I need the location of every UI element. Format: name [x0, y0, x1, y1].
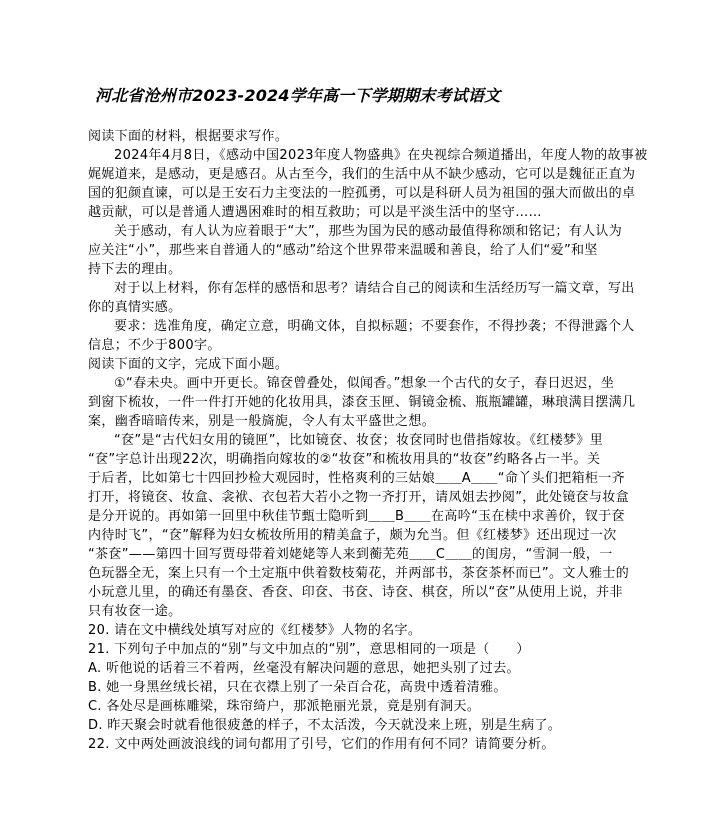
text-line: 21. 下列句子中加点的“别”与文中加点的“别”，意思相同的一项是（ ） [88, 640, 648, 659]
text-line: 22. 文中两处画波浪线的词句都用了引号，它们的作用有何不同？请简要分析。 [88, 735, 648, 754]
text-line: 阅读下面的文字，完成下面小题。 [88, 355, 648, 374]
text-line: 娓娓道来，是感动，更是感召。从古至今，我们的生活中从不缺少感动，它可以是魏征正直… [88, 165, 648, 184]
text-line: B. 她一身黑丝绒长裙，只在衣襟上别了一朵百合花，高贵中透着清雅。 [88, 678, 648, 697]
text-line: C. 各处尽是画栋雕梁，珠帘绮户，那派艳丽光景，竟是别有洞天。 [88, 697, 648, 716]
text-line: 于后者，比如第七十四回抄检大观园时，性格爽利的三姑娘＿＿A＿＿“命丫头们把箱柜一… [88, 469, 648, 488]
text-line: 你的真情实感。 [88, 298, 648, 317]
text-line: 内待时飞”，“奁”解释为妇女梳妆所用的精美盒子，颇为允当。但《红楼梦》还出现过一… [88, 526, 648, 545]
text-line: “茶奁”——第四十回写贾母带着刘姥姥等人来到蘅芜苑＿＿C＿＿的闺房，“雪洞一般，… [88, 545, 648, 564]
exam-document-page: 河北省沧州市2023-2024学年高一下学期期末考试语文 阅读下面的材料，根据要… [0, 0, 718, 825]
text-line: 阅读下面的材料，根据要求写作。 [88, 127, 648, 146]
text-line: 20. 请在文中横线处填写对应的《红楼梦》人物的名字。 [88, 621, 648, 640]
text-line: 2024年4月8日，《感动中国2023年度人物盛典》在央视综合频道播出，年度人物… [88, 146, 648, 165]
text-line: 国的犯颜直谏，可以是王安石力主变法的一腔孤勇，可以是科研人员为祖国的强大而做出的… [88, 184, 648, 203]
text-line: 对于以上材料，你有怎样的感悟和思考？请结合自己的阅读和生活经历写一篇文章，写出 [88, 279, 648, 298]
text-line: “奁”字总计出现22次，明确指向嫁妆的②“妆奁”和梳妆用具的“妆奁”约略各占一半… [88, 450, 648, 469]
text-line: A. 听他说的话着三不着两，丝毫没有解决问题的意思，她把头别了过去。 [88, 659, 648, 678]
text-line: 信息；不少于800字。 [88, 336, 648, 355]
text-line: 是分开说的。再如第一回里中秋佳节甄士隐听到＿＿B＿＿在高吟“玉在椟中求善价，钗于… [88, 507, 648, 526]
text-line: 要求：选准角度，确定立意，明确文体，自拟标题；不要套作，不得抄袭；不得泄露个人 [88, 317, 648, 336]
text-line: 打开，将镜奁、妆盒、衾袱、衣包若大若小之物一齐打开，请凤姐去抄阅”，此处镜奁与妆… [88, 488, 648, 507]
text-line: 到窗下梳妆，一件一件打开她的化妆用具，漆奁玉匣、铜镜金梳、瓶瓶罐罐，琳琅满目摆满… [88, 393, 648, 412]
text-line: 案，幽香暗暗传来，别是一般旖旎，令人有太平盛世之想。 [88, 412, 648, 431]
text-line: 持下去的理由。 [88, 260, 648, 279]
text-line: ①“春未央。画中开更长。锦奁曾叠处，似闻香。”想象一个古代的女子，春日迟迟，坐 [88, 374, 648, 393]
text-line: 关于感动，有人认为应着眼于“大”，那些为国为民的感动最值得称颂和铭记；有人认为 [88, 222, 648, 241]
text-line: 色玩器全无，案上只有一个土定瓶中供着数枝菊花，并两部书，茶奁茶杯而已”。文人雅士… [88, 564, 648, 583]
text-line: 应关注“小”，那些来自普通人的“感动”给这个世界带来温暖和善良，给了人们“爱”和… [88, 241, 648, 260]
text-line: 越贡献，可以是普通人遭遇困难时的相互救助；可以是平淡生活中的坚守…… [88, 203, 648, 222]
text-line: D. 昨天聚会时就看他很疲惫的样子，不太活泼，今天就没来上班，别是生病了。 [88, 716, 648, 735]
text-line: 只有妆奁一途。 [88, 602, 648, 621]
text-line: 小玩意儿里，的确还有墨奁、香奁、印奁、书奁、诗奁、棋奁，所以“奁”从使用上说，并… [88, 583, 648, 602]
document-body: 阅读下面的材料，根据要求写作。2024年4月8日，《感动中国2023年度人物盛典… [88, 127, 648, 754]
text-line: “奁”是“古代妇女用的镜匣”，比如镜奁、妆奁；妆奁同时也借指嫁妆。《红楼梦》里 [88, 431, 648, 450]
page-title: 河北省沧州市2023-2024学年高一下学期期末考试语文 [95, 83, 500, 106]
